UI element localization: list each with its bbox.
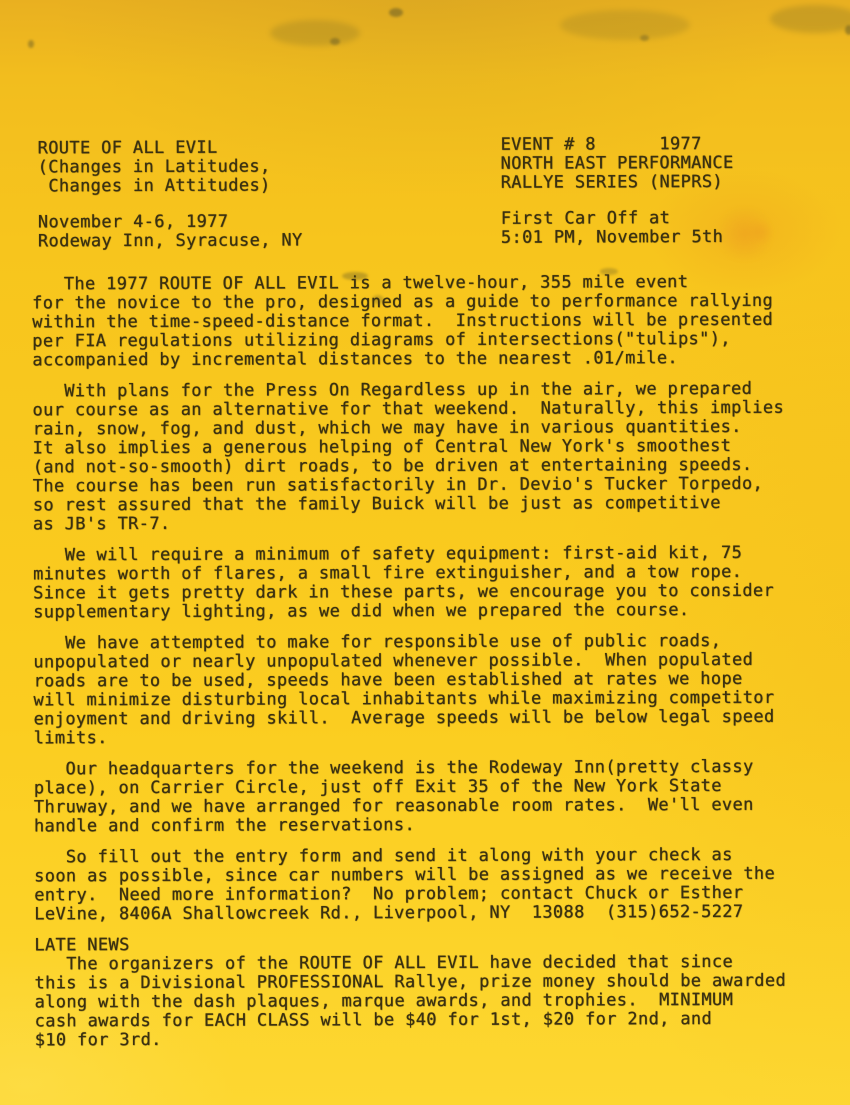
scanned-document-page: ROUTE OF ALL EVIL (Changes in Latitudes,…: [0, 0, 850, 1105]
paragraph-course-description: With plans for the Press On Regardless u…: [32, 380, 823, 535]
header-left-column: ROUTE OF ALL EVIL (Changes in Latitudes,…: [38, 138, 303, 251]
paragraph-entry-contact: So fill out the entry form and send it a…: [34, 846, 824, 925]
event-title: ROUTE OF ALL EVIL (Changes in Latitudes,…: [38, 138, 303, 196]
late-news-section: LATE NEWS The organizers of the ROUTE OF…: [34, 934, 824, 1051]
paragraph-event-overview: The 1977 ROUTE OF ALL EVIL is a twelve-h…: [32, 273, 822, 371]
letter-body: The 1977 ROUTE OF ALL EVIL is a twelve-h…: [32, 273, 825, 1051]
paragraph-public-roads: We have attempted to make for responsibl…: [33, 632, 823, 749]
typewritten-content: ROUTE OF ALL EVIL (Changes in Latitudes,…: [0, 0, 850, 1105]
first-car-off-time: First Car Off at 5:01 PM, November 5th: [501, 209, 734, 248]
event-date-location: November 4-6, 1977 Rodeway Inn, Syracuse…: [38, 212, 303, 251]
paragraph-headquarters: Our headquarters for the weekend is the …: [34, 758, 824, 837]
header-right-column: EVENT # 8 1977 NORTH EAST PERFORMANCE RA…: [501, 135, 734, 248]
late-news-body: The organizers of the ROUTE OF ALL EVIL …: [34, 953, 824, 1051]
event-number-series: EVENT # 8 1977 NORTH EAST PERFORMANCE RA…: [501, 135, 734, 193]
paragraph-safety-equipment: We will require a minimum of safety equi…: [33, 544, 823, 623]
